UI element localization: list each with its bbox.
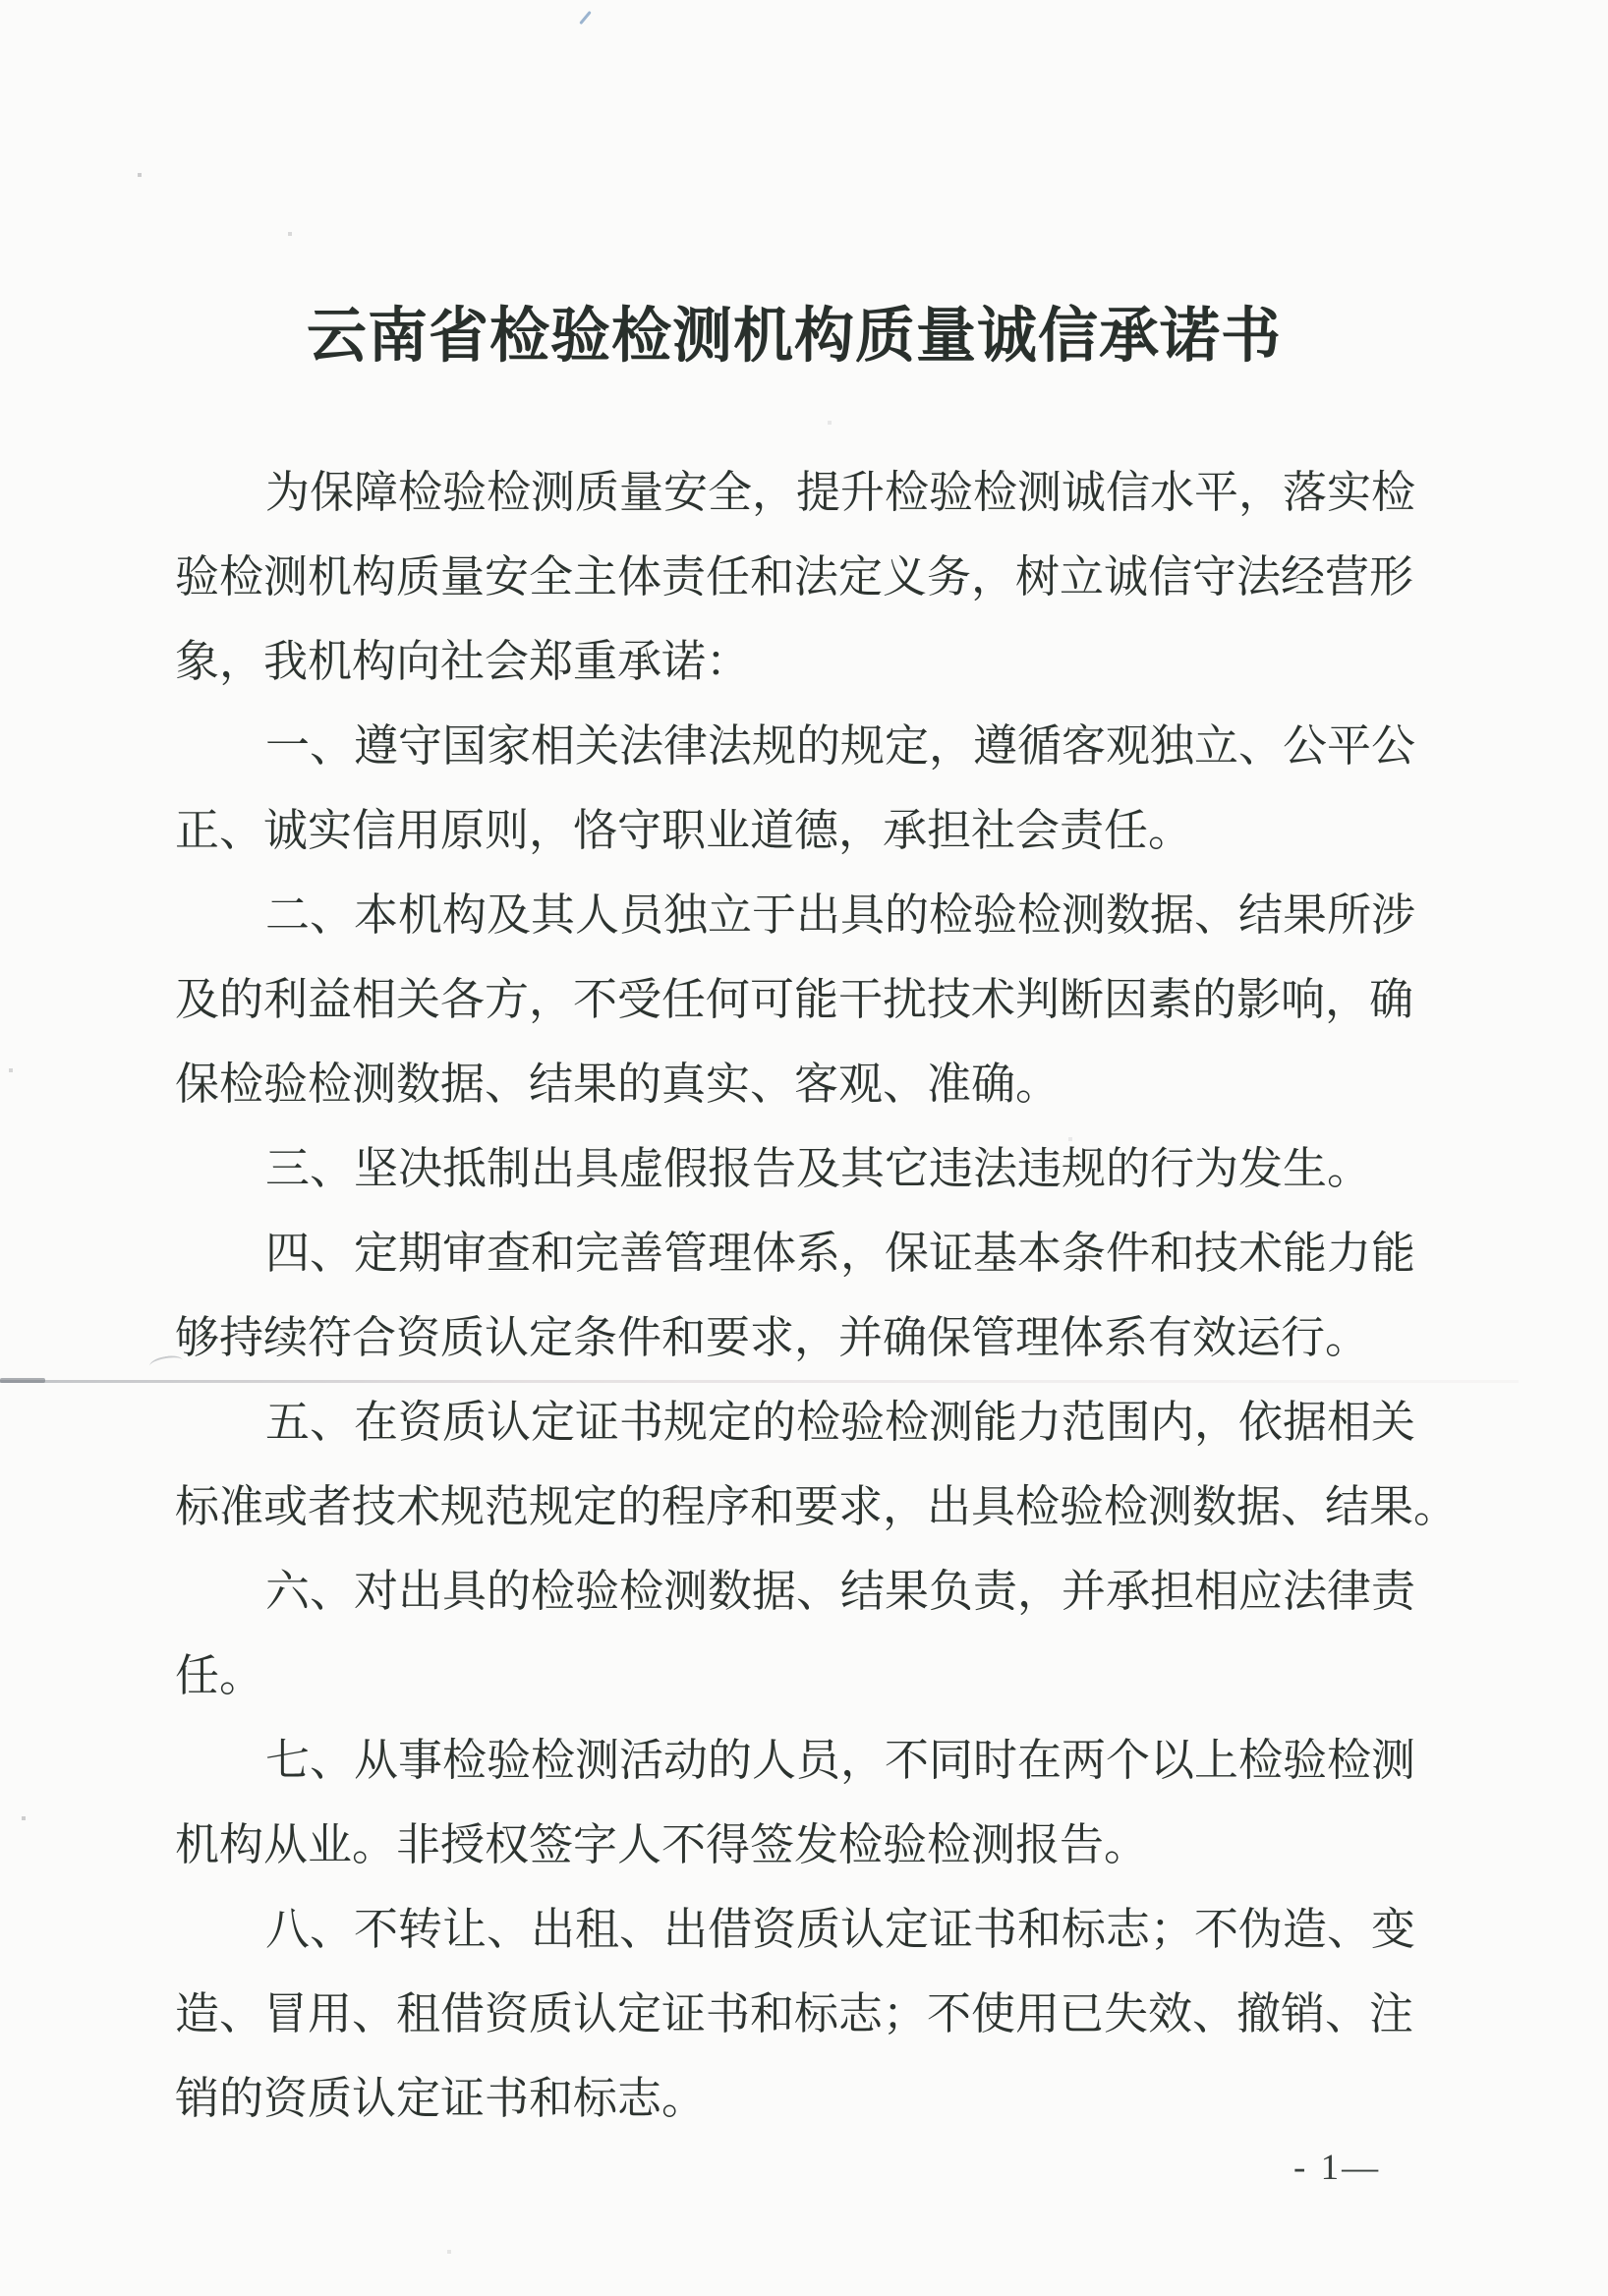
paragraph-line: 七、从事检验检测活动的人员，不同时在两个以上检验检测 [175, 1718, 1463, 1803]
scan-artifact-dust-specks [0, 0, 2, 2]
scan-artifact-line-cap [0, 1378, 45, 1383]
scanned-document-page: 云南省检验检测机构质量诚信承诺书 为保障检验检测质量安全，提升检验检测诚信水平，… [0, 0, 1608, 2296]
paragraph-line: 二、本机构及其人员独立于出具的检验检测数据、结果所涉 [175, 873, 1463, 957]
paragraph-line: 六、对出具的检验检测数据、结果负责，并承担相应法律责 [175, 1549, 1463, 1634]
page-number: - 1— [1293, 2147, 1381, 2189]
paragraph-line: 正、诚实信用原则，恪守职业道德，承担社会责任。 [175, 788, 1463, 873]
paragraph-line: 四、定期审查和完善管理体系，保证基本条件和技术能力能 [175, 1211, 1463, 1295]
document-body: 为保障检验检测质量安全，提升检验检测诚信水平，落实检 验检测机构质量安全主体责任… [175, 450, 1463, 2141]
paragraph-line: 为保障检验检测质量安全，提升检验检测诚信水平，落实检 [175, 450, 1463, 535]
paragraph-line: 任。 [175, 1634, 1463, 1718]
paragraph-line: 销的资质认定证书和标志。 [175, 2056, 1463, 2141]
paragraph-line: 一、遵守国家相关法律法规的规定，遵循客观独立、公平公 [175, 704, 1463, 788]
paragraph-line: 八、不转让、出租、出借资质认定证书和标志；不伪造、变 [175, 1887, 1463, 1972]
scan-artifact-horizontal-line [0, 1380, 1519, 1383]
paragraph-line: 保检验检测数据、结果的真实、客观、准确。 [175, 1042, 1463, 1126]
document-title: 云南省检验检测机构质量诚信承诺书 [0, 301, 1598, 370]
paragraph-line: 机构从业。非授权签字人不得签发检验检测报告。 [175, 1803, 1463, 1887]
paragraph-line: 验检测机构质量安全主体责任和法定义务，树立诚信守法经营形 [175, 535, 1463, 619]
paragraph-line: 象，我机构向社会郑重承诺： [175, 619, 1463, 704]
paragraph-line: 五、在资质认定证书规定的检验检测能力范围内，依据相关 [175, 1380, 1463, 1464]
paragraph-line: 三、坚决抵制出具虚假报告及其它违法违规的行为发生。 [175, 1126, 1463, 1211]
paragraph-line: 造、冒用、租借资质认定证书和标志；不使用已失效、撤销、注 [175, 1972, 1463, 2056]
scan-artifact-blue-speck [579, 11, 592, 25]
paragraph-line: 及的利益相关各方，不受任何可能干扰技术判断因素的影响，确 [175, 957, 1463, 1042]
paragraph-line: 够持续符合资质认定条件和要求，并确保管理体系有效运行。 [175, 1295, 1463, 1380]
paragraph-line: 标准或者技术规范规定的程序和要求，出具检验检测数据、结果。 [175, 1464, 1463, 1549]
